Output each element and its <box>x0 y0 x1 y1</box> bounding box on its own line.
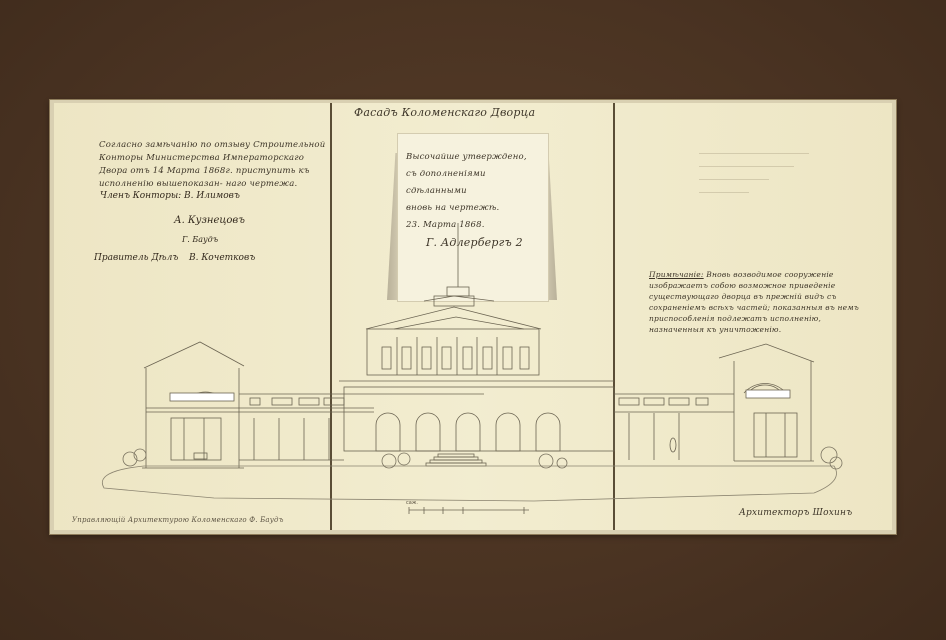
drawing-sheet: Фасадъ Коломенскаго Дворца Согласно замѣ… <box>54 103 892 530</box>
central-palace <box>339 223 614 466</box>
right-colonnade <box>614 394 734 460</box>
ground-line <box>102 466 836 501</box>
scale-unit: саж. <box>406 500 418 506</box>
palace-elevation-drawing <box>54 103 892 530</box>
footer-signature-right: Архитекторъ Шохинъ <box>739 508 852 518</box>
left-colonnade <box>239 394 484 460</box>
scale-bar <box>409 507 529 514</box>
right-pavilion <box>670 344 814 461</box>
footer-signature-left: Управляющій Архитектурою Коломенскаго Ф.… <box>72 516 284 524</box>
